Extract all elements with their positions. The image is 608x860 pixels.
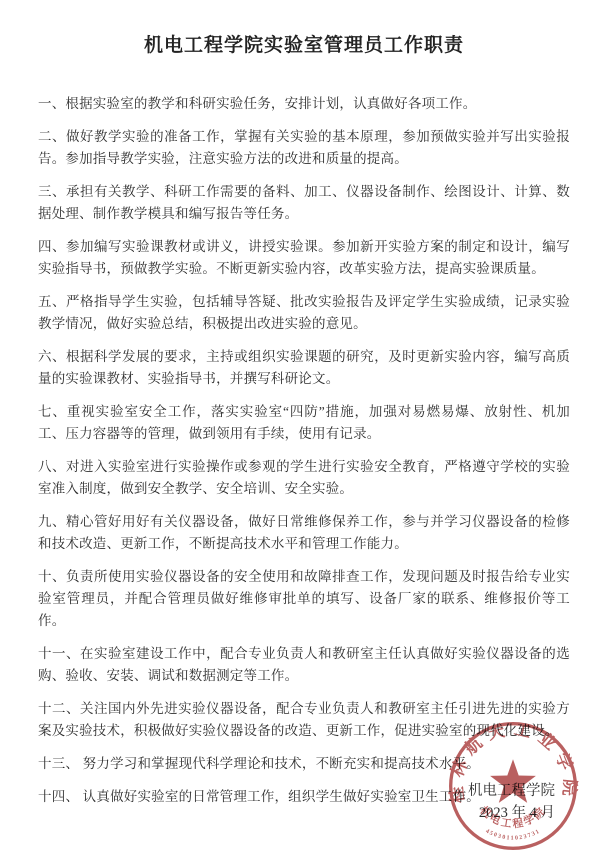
paragraph: 五、严格指导学生实验，包括辅导答疑、批改实验报告及评定学生实验成绩，记录实验教学… <box>38 291 570 335</box>
stamp-serial-number: 4503011023731 <box>484 828 541 841</box>
paragraph: 三、承担有关教学、科研工作需要的备料、加工、仪器设备制作、绘图设计、计算、数据处… <box>38 181 570 225</box>
stamp-inner-text: 机电工程学院 <box>477 804 548 831</box>
paragraph: 九、精心管好用好有关仪器设备，做好日常维修保养工作，参与并学习仪器设备的检修和技… <box>38 511 570 555</box>
paragraph: 八、对进入实验室进行实验操作或参观的学生进行实验安全教育，严格遵守学校的实验室准… <box>38 456 570 500</box>
paragraph: 七、重视实验室安全工作，落实实验室“四防”措施，加强对易燃易爆、放射性、机加工、… <box>38 401 570 445</box>
paragraph: 十一、在实验室建设工作中，配合专业负责人和教研室主任认真做好实验仪器设备的选购、… <box>38 643 570 687</box>
document-title: 机电工程学院实验室管理员工作职责 <box>0 0 608 57</box>
paragraph: 二、做好教学实验的准备工作，掌握有关实验的基本原理，参加预做实验并写出实验报告。… <box>38 126 570 170</box>
paragraph: 四、参加编写实验课教材或讲义，讲授实验课。参加新开实验方案的制定和设计，编写实验… <box>38 236 570 280</box>
paragraph: 六、根据科学发展的要求，主持或组织实验课题的研究，及时更新实验内容，编写高质量的… <box>38 346 570 390</box>
stamp-star-icon <box>490 759 536 803</box>
paragraph: 十、负责所使用实验仪器设备的安全使用和故障排查工作，发现问题及时报告给专业实验室… <box>38 566 570 632</box>
paragraph: 一、根据实验室的教学和科研实验任务，安排计划，认真做好各项工作。 <box>38 93 570 115</box>
official-seal-stamp: 桂林航天工业学院 机电工程学院 4503011023731 <box>446 719 580 853</box>
paragraph-list: 一、根据实验室的教学和科研实验任务，安排计划，认真做好各项工作。二、做好教学实验… <box>0 57 608 808</box>
document-page: 机电工程学院实验室管理员工作职责 一、根据实验室的教学和科研实验任务，安排计划，… <box>0 0 608 860</box>
